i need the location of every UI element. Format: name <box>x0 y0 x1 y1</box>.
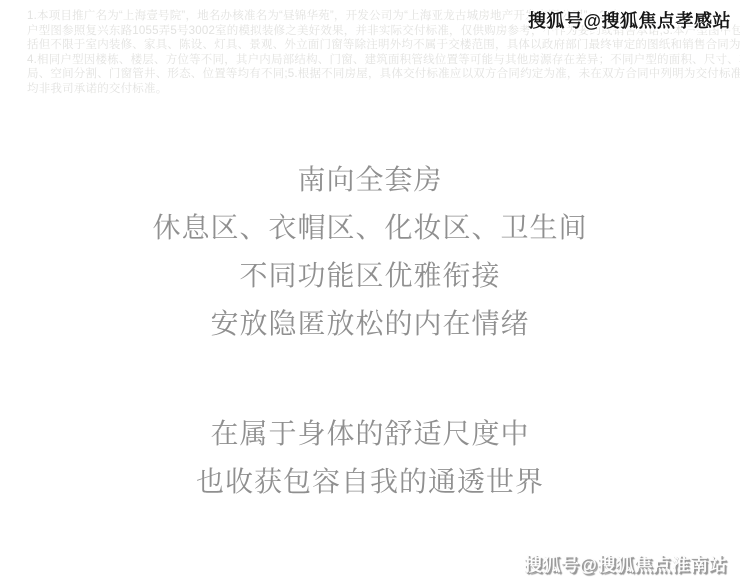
sohu-watermark-top-right: 搜狐号@搜狐焦点孝感站 <box>528 7 731 33</box>
headline-inner-emotion: 安放隐匿放松的内在情绪 <box>0 308 740 342</box>
disclaimer-line: 均非我司承诺的交付标准。 <box>27 82 727 97</box>
headline-south-suite: 南向全套房 <box>0 164 740 198</box>
article-image-page: 1.本项目推广名为“上海壹号院”，地名办核准名为“昼锦华苑”，开发公司为“上海亚… <box>0 0 740 580</box>
headline-elegant-connection: 不同功能区优雅衔接 <box>0 260 740 294</box>
sohu-watermark-bottom-right: 搜狐号@搜狐焦点淮南站 <box>524 551 727 577</box>
headline-comfort-scale: 在属于身体的舒适尺度中 <box>0 418 740 452</box>
disclaimer-line: 括但不限于室内装修、家具、陈设、灯具、景观、外立面门窗等除注明外均不属于交楼范围… <box>27 38 727 53</box>
headline-function-zones: 休息区、衣帽区、化妆区、卫生间 <box>0 212 740 246</box>
headline-transparent-world: 也收获包容自我的通透世界 <box>0 466 740 500</box>
disclaimer-line: 局、空间分割、门窗管井、形态、位置等均有不同;5.根据不同房屋，具体交付标准应以… <box>27 67 727 82</box>
disclaimer-line: 4.相同户型因楼栋、楼层、方位等不同，其户内局部结构、门窗、建筑面积管线位置等可… <box>27 53 727 68</box>
